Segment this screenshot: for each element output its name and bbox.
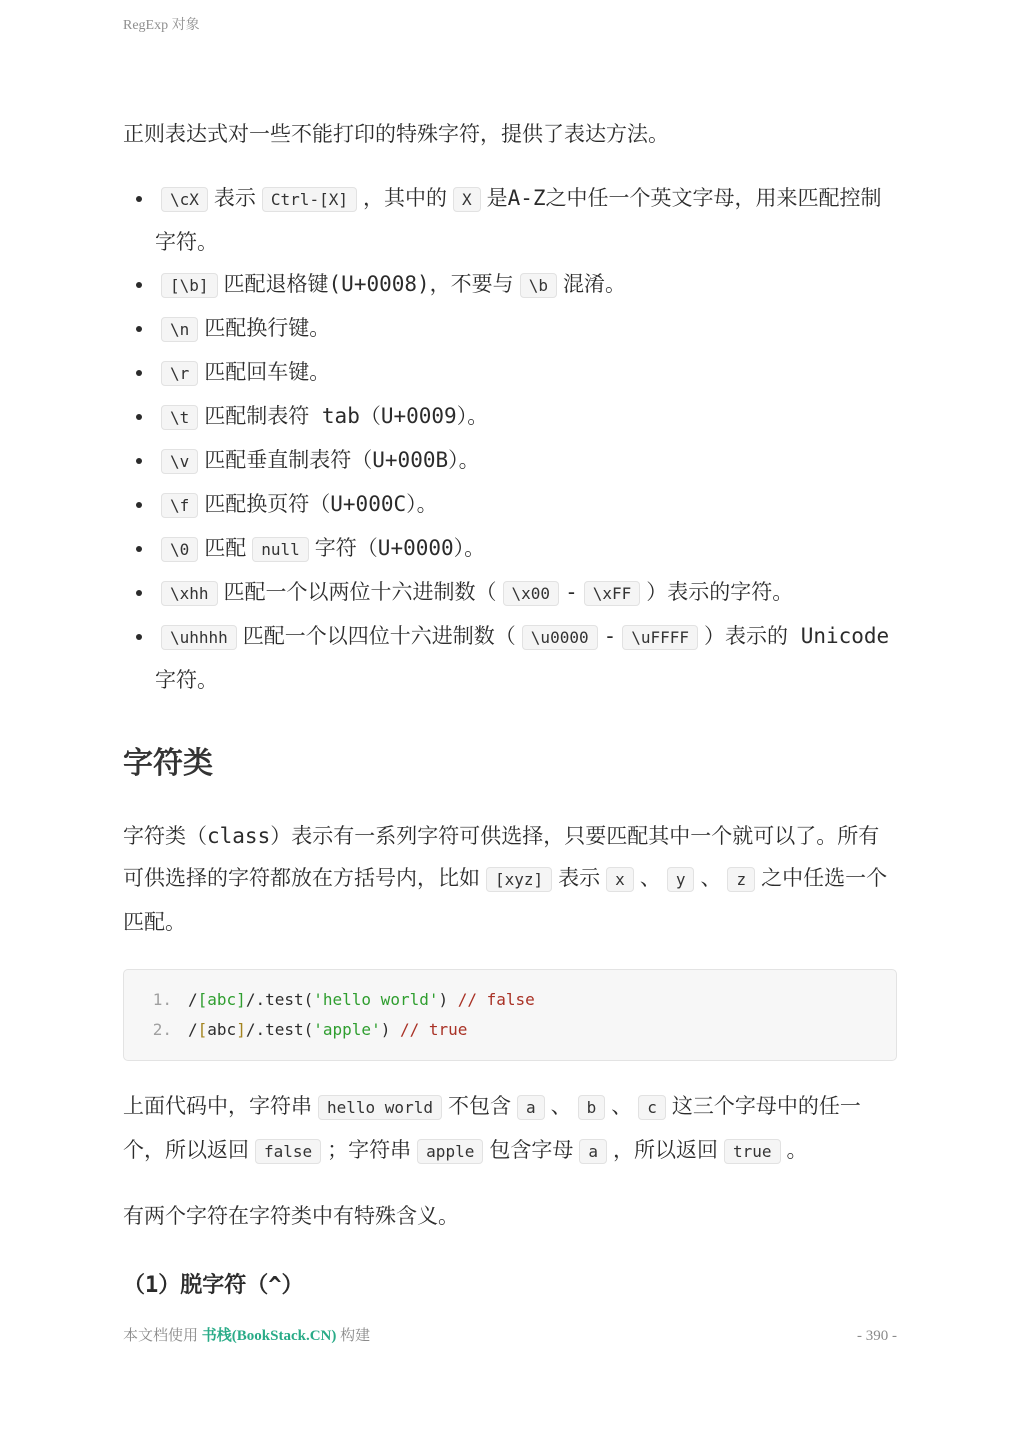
text-run: 表示 [214,186,256,210]
code-token: [abc] [198,990,246,1009]
inline-code: \xFF [584,581,641,606]
inline-code: hello world [318,1095,442,1120]
code-token: ] [236,1020,246,1039]
text-run: 上面代码中，字符串 [123,1094,312,1118]
text-run: ；字符串 [327,1138,411,1162]
doc-header-title: RegExp 对象 [123,18,200,33]
inline-code: [xyz] [486,867,552,892]
code-token: /.test( [246,990,313,1009]
code-token: ) [438,990,457,1009]
text-run: 匹配回车键。 [204,360,330,384]
list-item: \r匹配回车键。 [155,351,897,395]
text-run: - [604,624,617,648]
text-run: 、 [640,866,661,890]
inline-code: \0 [161,537,198,562]
text-run: 匹配换页符（U+000C）。 [204,492,437,516]
text-run: 匹配退格键(U+0008)，不要与 [224,272,514,296]
list-item: \uhhhh匹配一个以四位十六进制数（\u0000-\uFFFF）表示的 Uni… [155,615,897,701]
inline-code: \xhh [161,581,218,606]
text-run: ，其中的 [363,186,447,210]
inline-code: Ctrl-[X] [262,187,357,212]
text-run: 、 [551,1094,572,1118]
intro-paragraph: 正则表达式对一些不能打印的特殊字符，提供了表达方法。 [123,113,897,155]
inline-code: a [579,1139,607,1164]
inline-code: X [453,187,481,212]
code-line: 1./[abc]/.test('hello world') // false [146,985,874,1015]
code-token: abc [207,1020,236,1039]
inline-code: a [517,1095,545,1120]
inline-code: \n [161,317,198,342]
list-item: \n匹配换行键。 [155,307,897,351]
code-line: 2./[abc]/.test('apple') // true [146,1015,874,1045]
inline-code: true [724,1139,781,1164]
escape-list: \cX表示Ctrl-[X]，其中的X是A-Z之中任一个英文字母，用来匹配控制字符… [123,177,897,701]
code-token: [ [198,1020,208,1039]
inline-code: \r [161,361,198,386]
subheading-caret: （1）脱字符（^） [123,1265,897,1307]
text-run: 包含字母 [489,1138,573,1162]
code-token: 'hello world' [313,990,438,1009]
text-run: 字符（U+0000）。 [315,536,485,560]
section-heading: 字符类 [123,745,897,783]
inline-code: false [255,1139,321,1164]
code-block: 1./[abc]/.test('hello world') // false2.… [123,969,897,1061]
text-run: 混淆。 [563,272,626,296]
text-run: 。 [787,1138,808,1162]
inline-code: \t [161,405,198,430]
list-item: \f匹配换页符（U+000C）。 [155,483,897,527]
list-item: \cX表示Ctrl-[X]，其中的X是A-Z之中任一个英文字母，用来匹配控制字符… [155,177,897,263]
text-run: 表示 [558,866,600,890]
inline-code: null [252,537,309,562]
note-paragraph: 有两个字符在字符类中有特殊含义。 [123,1195,897,1237]
inline-code: \v [161,449,198,474]
explanation-paragraph: 上面代码中，字符串hello world不包含a、b、c这三个字母中的任一个，所… [123,1085,897,1173]
code-token: / [188,990,198,1009]
inline-code: \u0000 [522,625,598,650]
list-item: \v匹配垂直制表符（U+000B）。 [155,439,897,483]
list-item: \0匹配null字符（U+0000）。 [155,527,897,571]
text-run: 匹配一个以四位十六进制数（ [243,624,516,648]
text-run: 匹配垂直制表符（U+000B）。 [204,448,479,472]
footer-suffix: 构建 [336,1328,370,1344]
inline-code: b [578,1095,606,1120]
text-run: - [565,580,578,604]
document-page: RegExp 对象 正则表达式对一些不能打印的特殊字符，提供了表达方法。 \cX… [0,0,1019,1440]
text-run: 、 [700,866,721,890]
doc-header: RegExp 对象 [123,14,200,34]
list-item: [\b]匹配退格键(U+0008)，不要与\b混淆。 [155,263,897,307]
code-token: /.test( [246,1020,313,1039]
inline-code: \b [520,273,557,298]
code-token: // true [400,1020,467,1039]
inline-code: \cX [161,187,208,212]
text-run: 匹配 [204,536,246,560]
inline-code: \uhhhh [161,625,237,650]
text-run: 匹配一个以两位十六进制数（ [224,580,497,604]
footer-link[interactable]: 书栈(BookStack.CN) [202,1328,337,1344]
page-number: - 390 - [857,1328,897,1345]
class-paragraph: 字符类（class）表示有一系列字符可供选择，只要匹配其中一个就可以了。所有可供… [123,815,897,943]
line-number: 1. [146,985,172,1015]
text-run: ）表示的字符。 [646,580,793,604]
text-run: 、 [611,1094,632,1118]
text-run: ，所以返回 [613,1138,718,1162]
inline-code: [\b] [161,273,218,298]
code-token: // false [458,990,535,1009]
inline-code: apple [417,1139,483,1164]
line-number: 2. [146,1015,172,1045]
code-token: ) [381,1020,400,1039]
list-item: \t匹配制表符 tab（U+0009）。 [155,395,897,439]
footer-prefix: 本文档使用 [123,1328,202,1344]
code-token: 'apple' [313,1020,380,1039]
inline-code: \x00 [503,581,560,606]
text-run: 匹配制表符 tab（U+0009）。 [204,404,488,428]
code-token: / [188,1020,198,1039]
text-run: 不包含 [448,1094,511,1118]
inline-code: y [667,867,695,892]
list-item: \xhh匹配一个以两位十六进制数（\x00-\xFF）表示的字符。 [155,571,897,615]
inline-code: c [638,1095,666,1120]
inline-code: x [606,867,634,892]
inline-code: \uFFFF [622,625,698,650]
main-content: 正则表达式对一些不能打印的特殊字符，提供了表达方法。 \cX表示Ctrl-[X]… [123,113,897,1307]
footer-build-note: 本文档使用 书栈(BookStack.CN) 构建 [123,1324,370,1345]
inline-code: \f [161,493,198,518]
doc-footer: 本文档使用 书栈(BookStack.CN) 构建 - 390 - [123,1324,897,1345]
inline-code: z [727,867,755,892]
text-run: 匹配换行键。 [204,316,330,340]
